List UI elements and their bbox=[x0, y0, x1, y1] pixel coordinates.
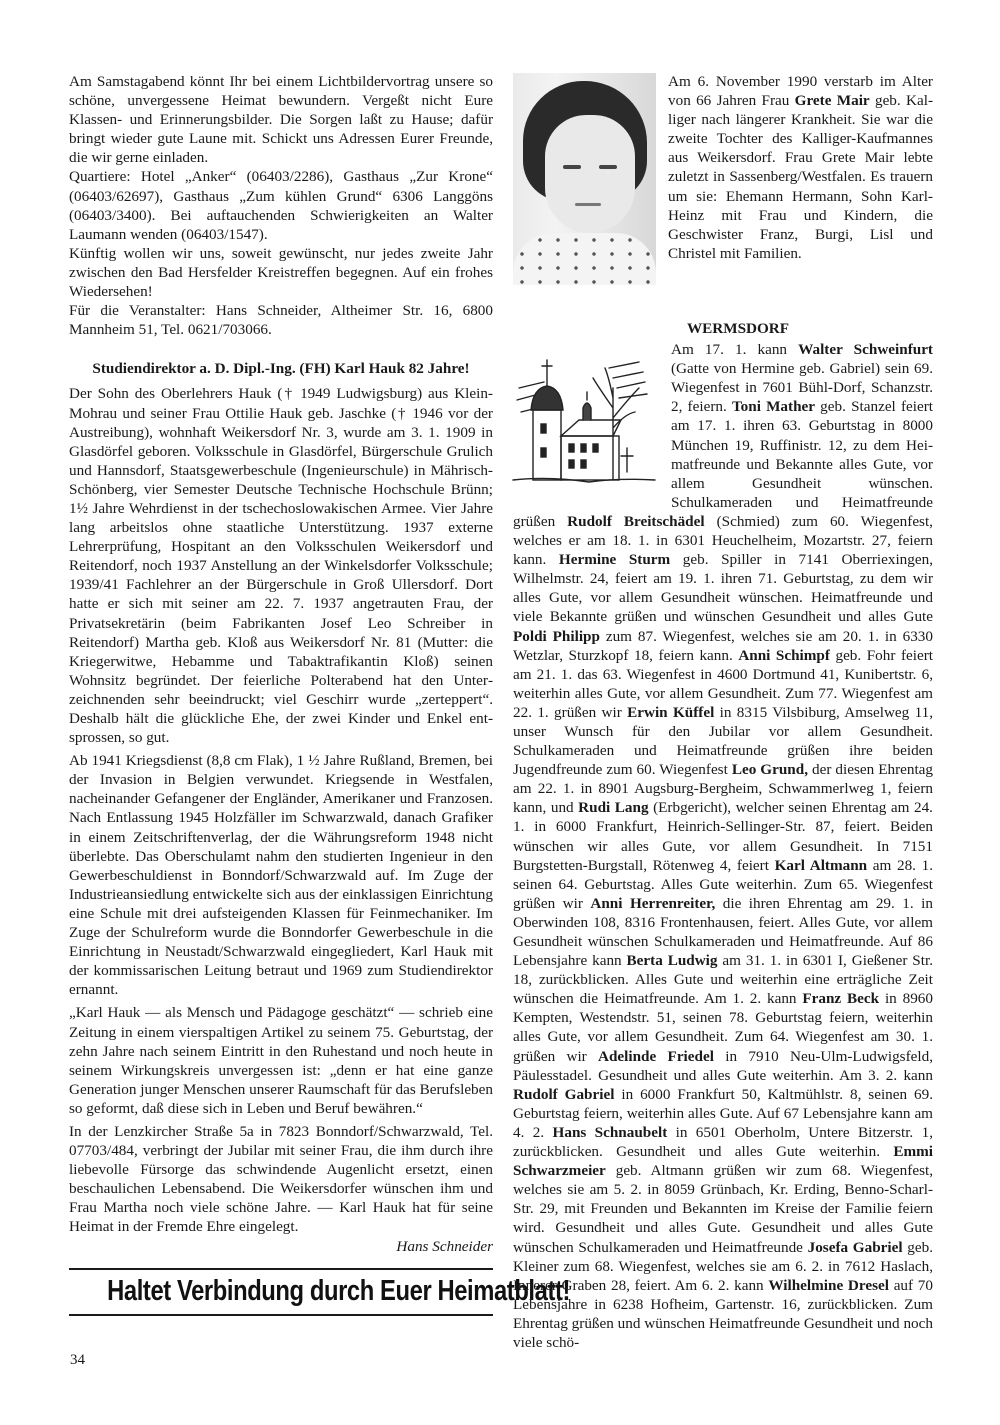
article-paragraph: „Karl Hauk — als Mensch und Pädagoge ges… bbox=[69, 1003, 493, 1118]
person-name: Walter Schweinfurt bbox=[798, 341, 933, 358]
person-name: Anni Herrenreiter, bbox=[590, 895, 715, 912]
article-paragraph: Der Sohn des Oberlehrers Hauk († 1949 Lu… bbox=[69, 384, 493, 747]
organizer-paragraph: Für die Veranstalter: Hans Schneider, Al… bbox=[69, 301, 493, 339]
person-name: Rudolf Breitschädel bbox=[567, 513, 704, 530]
intro-paragraph: Am Samstagabend könnt Ihr bei einem Lich… bbox=[69, 72, 493, 167]
person-name: Anni Schimpf bbox=[738, 647, 830, 664]
section-heading-wermsdorf: WERMSDORF bbox=[513, 319, 933, 338]
announcement-text: Am 17. 1. kann bbox=[671, 341, 798, 358]
person-name: Erwin Küffel bbox=[627, 704, 714, 721]
person-name: Rudolf Gabriel bbox=[513, 1086, 614, 1103]
article-paragraph: In der Lenzkircher Straße 5a in 7823 Bon… bbox=[69, 1122, 493, 1237]
banner-bottom-rule bbox=[69, 1314, 493, 1316]
person-name: Hans Schnaubelt bbox=[553, 1124, 668, 1141]
banner: Haltet Verbindung durch Euer Heimatblatt… bbox=[69, 1268, 493, 1316]
page-number: 34 bbox=[70, 1352, 85, 1369]
person-name: Adelinde Friedel bbox=[598, 1048, 714, 1065]
person-name: Josefa Gabriel bbox=[808, 1239, 903, 1256]
portrait-photo bbox=[513, 73, 656, 285]
obituary-name: Grete Mair bbox=[795, 92, 870, 109]
person-name: Toni Ma­ther bbox=[732, 398, 815, 415]
article-signature: Hans Schneider bbox=[69, 1237, 493, 1256]
person-name: Poldi Philipp bbox=[513, 628, 600, 645]
quarters-paragraph: Quartiere: Hotel „Anker“ (06403/2286), G… bbox=[69, 167, 493, 243]
meeting-paragraph: Künftig wollen wir uns, soweit gewünscht… bbox=[69, 244, 493, 301]
person-name: Karl Altmann bbox=[775, 857, 868, 874]
person-name: Hermine Sturm bbox=[559, 551, 670, 568]
right-column: Am 6. November 1990 verstarb im Alter vo… bbox=[513, 72, 933, 1352]
person-name: Berta Ludwig bbox=[627, 952, 718, 969]
person-name: Leo Grund, bbox=[732, 761, 808, 778]
person-name: Wilhelmine Dresel bbox=[768, 1277, 889, 1294]
church-sketch-icon bbox=[509, 348, 659, 496]
person-name: Rudi Lang bbox=[578, 799, 648, 816]
article-paragraph: Ab 1941 Kriegsdienst (8,8 cm Flak), 1 ½ … bbox=[69, 751, 493, 999]
banner-top-rule bbox=[69, 1268, 493, 1270]
banner-text: Haltet Verbindung durch Euer Heimatblatt… bbox=[107, 1272, 455, 1310]
left-column: Am Samstagabend könnt Ihr bei einem Lich… bbox=[69, 72, 493, 1316]
person-name: Franz Beck bbox=[802, 990, 879, 1007]
article-headline: Studiendirektor a. D. Dipl.-Ing. (FH) Ka… bbox=[69, 359, 493, 378]
